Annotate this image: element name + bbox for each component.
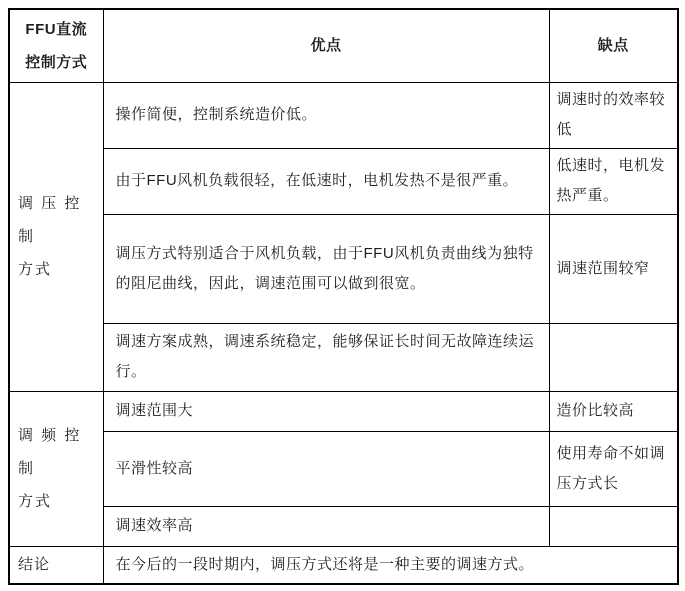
page: FFU直流 控制方式 优点 缺点 调 压 控 制 方式 操作简便，控制系统造价低… bbox=[0, 0, 685, 591]
table-row: 调 压 控 制 方式 操作简便，控制系统造价低。 调速时的效率较低 bbox=[9, 82, 678, 148]
pro-cell: 调速范围大 bbox=[103, 391, 549, 431]
conclusion-row: 结论 在今后的一段时期内，调压方式还将是一种主要的调速方式。 bbox=[9, 546, 678, 584]
conclusion-label: 结论 bbox=[9, 546, 103, 584]
con-cell: 造价比较高 bbox=[549, 391, 678, 431]
table-row: 由于FFU风机负载很轻，在低速时，电机发热不是很严重。 低速时，电机发热严重。 bbox=[9, 148, 678, 214]
con-cell-empty bbox=[549, 323, 678, 391]
table-row: 调速方案成熟，调速系统稳定，能够保证长时间无故障连续运行。 bbox=[9, 323, 678, 391]
method-cell-frequency-control: 调 频 控 制 方式 bbox=[9, 391, 103, 546]
table-row: 平滑性较高 使用寿命不如调压方式长 bbox=[9, 431, 678, 506]
header-row: FFU直流 控制方式 优点 缺点 bbox=[9, 9, 678, 82]
table-row: 调 频 控 制 方式 调速范围大 造价比较高 bbox=[9, 391, 678, 431]
con-cell-empty bbox=[549, 506, 678, 546]
pro-cell: 调压方式特别适合于风机负载，由于FFU风机负责曲线为独特的阻尼曲线，因此，调速范… bbox=[103, 214, 549, 323]
conclusion-text: 在今后的一段时期内，调压方式还将是一种主要的调速方式。 bbox=[103, 546, 678, 584]
con-cell: 调速时的效率较低 bbox=[549, 82, 678, 148]
pro-cell: 操作简便，控制系统造价低。 bbox=[103, 82, 549, 148]
pro-cell: 平滑性较高 bbox=[103, 431, 549, 506]
pro-cell: 调速方案成熟，调速系统稳定，能够保证长时间无故障连续运行。 bbox=[103, 323, 549, 391]
con-cell: 使用寿命不如调压方式长 bbox=[549, 431, 678, 506]
con-cell: 调速范围较窄 bbox=[549, 214, 678, 323]
header-control-method: FFU直流 控制方式 bbox=[9, 9, 103, 82]
ffu-dc-control-comparison-table: FFU直流 控制方式 优点 缺点 调 压 控 制 方式 操作简便，控制系统造价低… bbox=[8, 8, 679, 585]
pro-cell: 调速效率高 bbox=[103, 506, 549, 546]
con-cell: 低速时，电机发热严重。 bbox=[549, 148, 678, 214]
header-pros: 优点 bbox=[103, 9, 549, 82]
pro-cell: 由于FFU风机负载很轻，在低速时，电机发热不是很严重。 bbox=[103, 148, 549, 214]
header-cons: 缺点 bbox=[549, 9, 678, 82]
table-row: 调压方式特别适合于风机负载，由于FFU风机负责曲线为独特的阻尼曲线，因此，调速范… bbox=[9, 214, 678, 323]
table-row: 调速效率高 bbox=[9, 506, 678, 546]
method-cell-voltage-regulation: 调 压 控 制 方式 bbox=[9, 82, 103, 391]
